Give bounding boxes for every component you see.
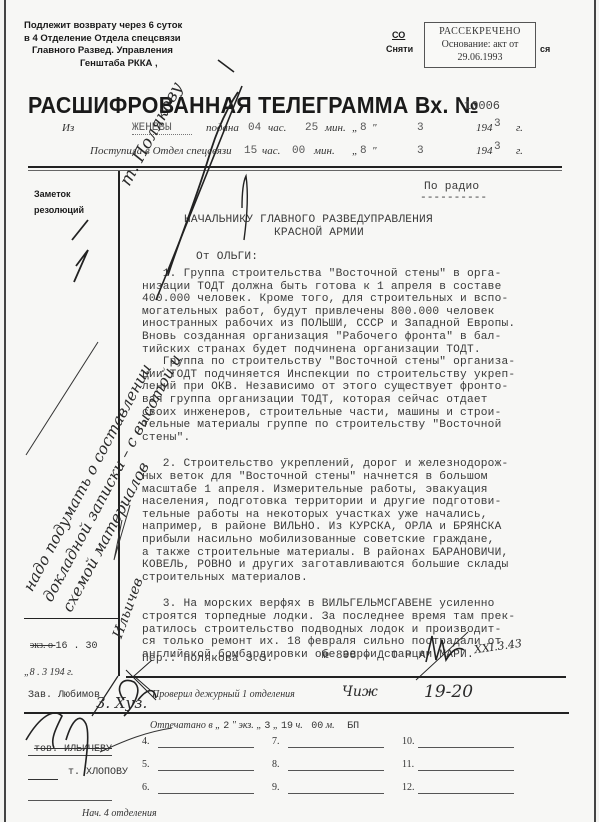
handwritten-initials: З. Хуз. xyxy=(96,694,147,712)
handwriting-overlay xyxy=(6,0,599,822)
telegram-document: Подлежит возврату через 6 суток в 4 Отде… xyxy=(4,0,596,822)
